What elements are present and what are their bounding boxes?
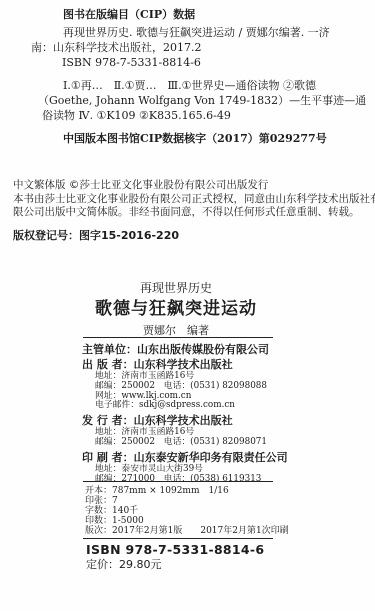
divider-middle — [83, 481, 273, 482]
publisher-block: 主管单位：山东出版传媒股份有限公司 出 版 者：山东科学技术出版社 地址：济南市… — [82, 342, 362, 484]
cip-classification-line3: 俗读物 Ⅳ. ①K109 ②K835.165.6-49 — [42, 108, 375, 123]
spec-format: 开本：787mm × 1092mm 1/16 — [85, 486, 289, 496]
printer-line: 印 刷 者：山东泰安新华印务有限责任公司 — [82, 450, 362, 465]
cip-record-number: 中国版本图书馆CIP数据核字（2017）第029277号 — [63, 131, 375, 146]
printer-post-phone: 邮编：271000 电话：(0538) 6119313 — [95, 475, 362, 485]
cip-entry-line2: 南：山东科学技术出版社，2017.2 — [31, 40, 375, 55]
isbn-number: ISBN 978-7-5331-8814-6 — [86, 542, 264, 557]
license-statement: 中文繁体版 ©莎士比亚文化事业股份有限公司出版发行 本书由莎士比亚文化事业股份有… — [13, 179, 365, 220]
cip-heading: 图书在版编目（CIP）数据 — [63, 7, 375, 22]
spec-edition: 版次：2017年2月第1版 2017年2月第1次印刷 — [85, 526, 289, 536]
cip-entry-line1: 再现世界历史. 歌德与狂飙突进运动 / 贾娜尔编著. 一济 — [63, 25, 375, 40]
divider-top — [83, 337, 273, 338]
cip-classification-line2: （Goethe, Johann Wolfgang Von 1749-1832）—… — [38, 93, 375, 108]
isbn-price-block: ISBN 978-7-5331-8814-6 定价：29.80元 — [86, 542, 264, 572]
cip-isbn: ISBN 978-7-5331-8814-6 — [62, 55, 375, 70]
series-title: 再现世界历史 — [0, 281, 352, 296]
price: 定价：29.80元 — [86, 558, 264, 572]
title-block: 再现世界历史 歌德与狂飙突进运动 贾娜尔 编著 — [0, 281, 352, 338]
license-line3: 限公司出版中文简体版。非经书面同意，不得以任何形式任意重制、转载。 — [13, 206, 365, 220]
cip-block: 图书在版编目（CIP）数据 再现世界历史. 歌德与狂飙突进运动 / 贾娜尔编著.… — [0, 7, 375, 146]
distributor-line: 发 行 者：山东科学技术出版社 — [82, 413, 362, 428]
license-line2: 本书由莎士比亚文化事业股份有限公司正式授权，同意由山东科学技术出版社有 — [13, 193, 365, 207]
publisher-line: 出 版 者：山东科学技术出版社 — [82, 357, 362, 372]
spec-print-run: 印数：1-5000 — [85, 516, 289, 526]
copyright-page: 图书在版编目（CIP）数据 再现世界历史. 歌德与狂飙突进运动 / 贾娜尔编著.… — [0, 0, 375, 611]
spec-word-count: 字数：140千 — [85, 506, 289, 516]
supervisor-line: 主管单位：山东出版传媒股份有限公司 — [82, 342, 362, 357]
license-line1: 中文繁体版 ©莎士比亚文化事业股份有限公司出版发行 — [13, 179, 365, 193]
book-title: 歌德与狂飙突进运动 — [0, 298, 352, 320]
cip-classification-line1: Ⅰ.①再… Ⅱ.①贾… Ⅲ.①世界史—通俗读物 ②歌德 — [63, 78, 375, 93]
spec-sheets: 印张：7 — [85, 496, 289, 506]
copyright-registration-number: 版权登记号：图字15-2016-220 — [13, 227, 179, 243]
publisher-email: 电子邮件：sdkj@sdpress.com.cn — [95, 401, 362, 411]
divider-bottom — [83, 538, 273, 539]
distributor-post-phone: 邮编：250002 电话：(0531) 82098071 — [95, 438, 362, 448]
book-author: 贾娜尔 编著 — [0, 323, 352, 338]
print-specs-block: 开本：787mm × 1092mm 1/16 印张：7 字数：140千 印数：1… — [85, 486, 289, 536]
